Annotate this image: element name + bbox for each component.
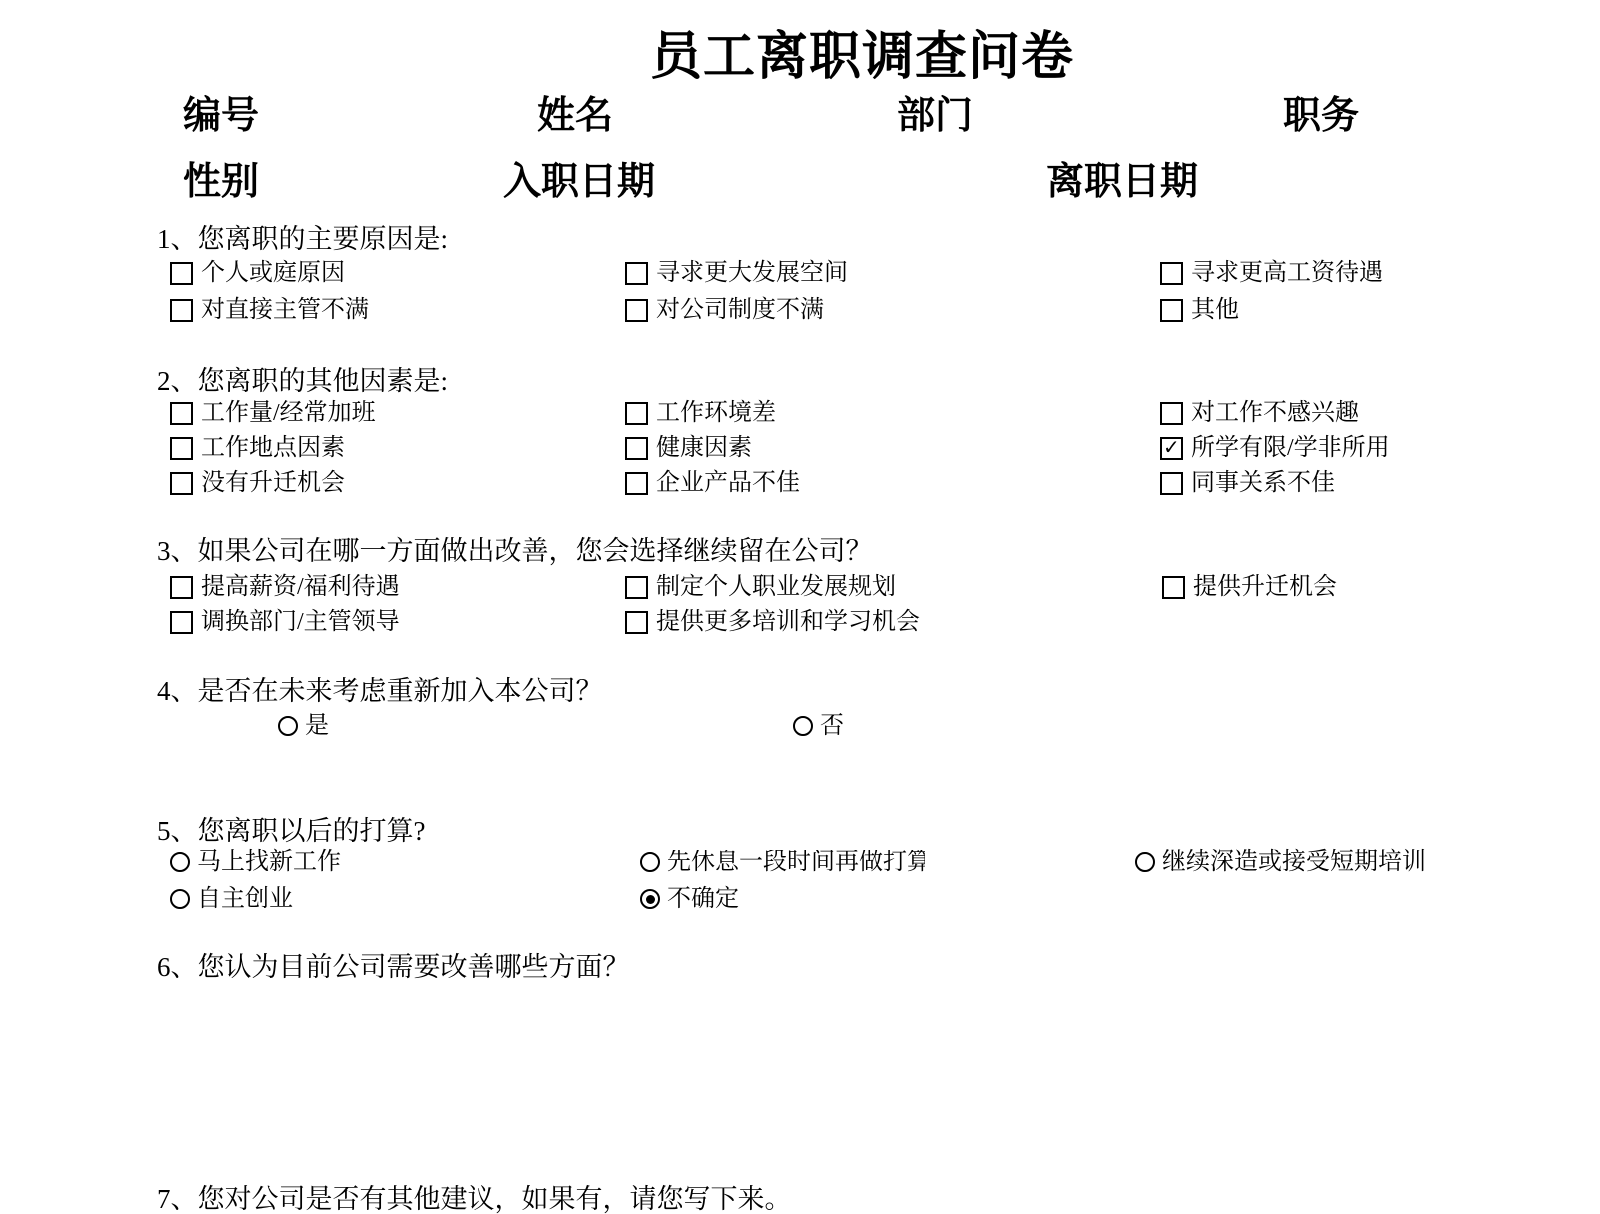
- checkbox-icon[interactable]: [1162, 576, 1185, 599]
- questionnaire-page: 员工离职调查问卷 编号 姓名 部门 职务 性别 入职日期 离职日期 1、您离职的…: [0, 0, 1600, 1214]
- radio-icon[interactable]: [640, 852, 660, 872]
- option-label: 工作地点因素: [201, 436, 345, 460]
- option-label: 工作量/经常加班: [201, 401, 376, 425]
- checkbox-icon[interactable]: [1160, 402, 1183, 425]
- option-label: 健康因素: [656, 436, 752, 460]
- checkbox-icon[interactable]: [625, 437, 648, 460]
- q2-option-health-factors[interactable]: 健康因素: [625, 436, 752, 460]
- q1-option-other[interactable]: 其他: [1160, 298, 1239, 322]
- q1-option-dissatisfied-supervisor[interactable]: 对直接主管不满: [170, 298, 369, 322]
- checkbox-checked-icon[interactable]: [1160, 437, 1183, 460]
- field-label-hire-date: 入职日期: [503, 162, 655, 204]
- option-label: 同事关系不佳: [1191, 471, 1335, 495]
- question-2-label: 2、您离职的其他因素是:: [157, 366, 448, 397]
- page-title: 员工离职调查问卷: [650, 14, 1074, 89]
- option-label: 继续深造或接受短期培训: [1162, 850, 1426, 874]
- checkbox-icon[interactable]: [170, 472, 193, 495]
- option-label: 马上找新工作: [197, 850, 341, 874]
- q3-option-raise-salary[interactable]: 提高薪资/福利待遇: [170, 575, 400, 599]
- q4-option-yes[interactable]: 是: [278, 714, 329, 738]
- question-5-label: 5、您离职以后的打算?: [157, 816, 425, 847]
- option-label: 工作环境差: [656, 401, 776, 425]
- option-label: 对公司制度不满: [656, 298, 824, 322]
- checkbox-icon[interactable]: [625, 611, 648, 634]
- option-label: 自主创业: [197, 887, 293, 911]
- q3-option-provide-promotion[interactable]: 提供升迁机会: [1162, 575, 1337, 599]
- q3-option-change-department[interactable]: 调换部门/主管领导: [170, 610, 400, 634]
- field-label-name: 姓名: [537, 96, 613, 138]
- q1-option-personal-family[interactable]: 个人或庭原因: [170, 261, 345, 285]
- q2-option-workload-overtime[interactable]: 工作量/经常加班: [170, 401, 376, 425]
- q3-option-career-plan[interactable]: 制定个人职业发展规划: [625, 575, 896, 599]
- radio-icon[interactable]: [170, 852, 190, 872]
- checkbox-icon[interactable]: [625, 299, 648, 322]
- q5-option-self-employment[interactable]: 自主创业: [170, 887, 293, 911]
- option-label: 先休息一段时间再做打算: [667, 850, 925, 874]
- field-label-position: 职务: [1283, 96, 1359, 138]
- option-label: 是: [305, 714, 329, 738]
- question-3-label: 3、如果公司在哪一方面做出改善，您会选择继续留在公司？: [157, 536, 873, 567]
- q2-option-poor-environment[interactable]: 工作环境差: [625, 401, 776, 425]
- q2-option-work-location[interactable]: 工作地点因素: [170, 436, 345, 460]
- option-label: 寻求更大发展空间: [656, 261, 848, 285]
- q2-option-no-promotion[interactable]: 没有升迁机会: [170, 471, 345, 495]
- q1-option-seek-bigger-development[interactable]: 寻求更大发展空间: [625, 261, 848, 285]
- q5-option-rest-then-plan[interactable]: 先休息一段时间再做打算: [640, 850, 925, 874]
- q2-option-poor-products[interactable]: 企业产品不佳: [625, 471, 800, 495]
- option-label: 制定个人职业发展规划: [656, 575, 896, 599]
- checkbox-icon[interactable]: [170, 402, 193, 425]
- q5-option-further-education[interactable]: 继续深造或接受短期培训: [1135, 850, 1426, 874]
- option-label: 对工作不感兴趣: [1191, 401, 1359, 425]
- option-label: 不确定: [667, 887, 739, 911]
- checkbox-icon[interactable]: [1160, 472, 1183, 495]
- q5-option-find-new-job[interactable]: 马上找新工作: [170, 850, 341, 874]
- question-6-label: 6、您认为目前公司需要改善哪些方面？: [157, 952, 630, 983]
- q3-option-more-training[interactable]: 提供更多培训和学习机会: [625, 610, 920, 634]
- option-label: 提供升迁机会: [1193, 575, 1337, 599]
- option-label: 对直接主管不满: [201, 298, 369, 322]
- option-label: 否: [820, 714, 844, 738]
- checkbox-icon[interactable]: [625, 472, 648, 495]
- question-7-label: 7、您对公司是否有其他建议，如果有，请您写下来。: [157, 1184, 792, 1214]
- option-label: 寻求更高工资待遇: [1191, 261, 1383, 285]
- q2-option-not-interested[interactable]: 对工作不感兴趣: [1160, 401, 1359, 425]
- checkbox-icon[interactable]: [625, 576, 648, 599]
- option-label: 没有升迁机会: [201, 471, 345, 495]
- q4-option-no[interactable]: 否: [793, 714, 844, 738]
- checkbox-icon[interactable]: [625, 262, 648, 285]
- question-1-label: 1、您离职的主要原因是:: [157, 224, 448, 255]
- radio-icon[interactable]: [170, 889, 190, 909]
- option-label: 提高薪资/福利待遇: [201, 575, 400, 599]
- checkbox-icon[interactable]: [170, 437, 193, 460]
- q5-option-uncertain[interactable]: 不确定: [640, 887, 739, 911]
- radio-selected-icon[interactable]: [640, 889, 660, 909]
- checkbox-icon[interactable]: [1160, 299, 1183, 322]
- q2-option-coworker-relations[interactable]: 同事关系不佳: [1160, 471, 1335, 495]
- q2-option-limited-learning[interactable]: 所学有限/学非所用: [1160, 436, 1390, 460]
- q1-option-seek-higher-salary[interactable]: 寻求更高工资待遇: [1160, 261, 1383, 285]
- option-label: 企业产品不佳: [656, 471, 800, 495]
- field-label-id: 编号: [183, 96, 259, 138]
- radio-icon[interactable]: [793, 716, 813, 736]
- field-label-leave-date: 离职日期: [1046, 162, 1198, 204]
- question-4-label: 4、是否在未来考虑重新加入本公司？: [157, 676, 603, 707]
- checkbox-icon[interactable]: [170, 576, 193, 599]
- radio-icon[interactable]: [1135, 852, 1155, 872]
- field-label-department: 部门: [897, 96, 973, 138]
- checkbox-icon[interactable]: [170, 611, 193, 634]
- option-label: 提供更多培训和学习机会: [656, 610, 920, 634]
- checkbox-icon[interactable]: [625, 402, 648, 425]
- field-label-gender: 性别: [183, 162, 259, 204]
- option-label: 调换部门/主管领导: [201, 610, 400, 634]
- option-label: 个人或庭原因: [201, 261, 345, 285]
- q1-option-dissatisfied-policy[interactable]: 对公司制度不满: [625, 298, 824, 322]
- option-label: 其他: [1191, 298, 1239, 322]
- option-label: 所学有限/学非所用: [1191, 436, 1390, 460]
- checkbox-icon[interactable]: [1160, 262, 1183, 285]
- checkbox-icon[interactable]: [170, 262, 193, 285]
- radio-icon[interactable]: [278, 716, 298, 736]
- checkbox-icon[interactable]: [170, 299, 193, 322]
